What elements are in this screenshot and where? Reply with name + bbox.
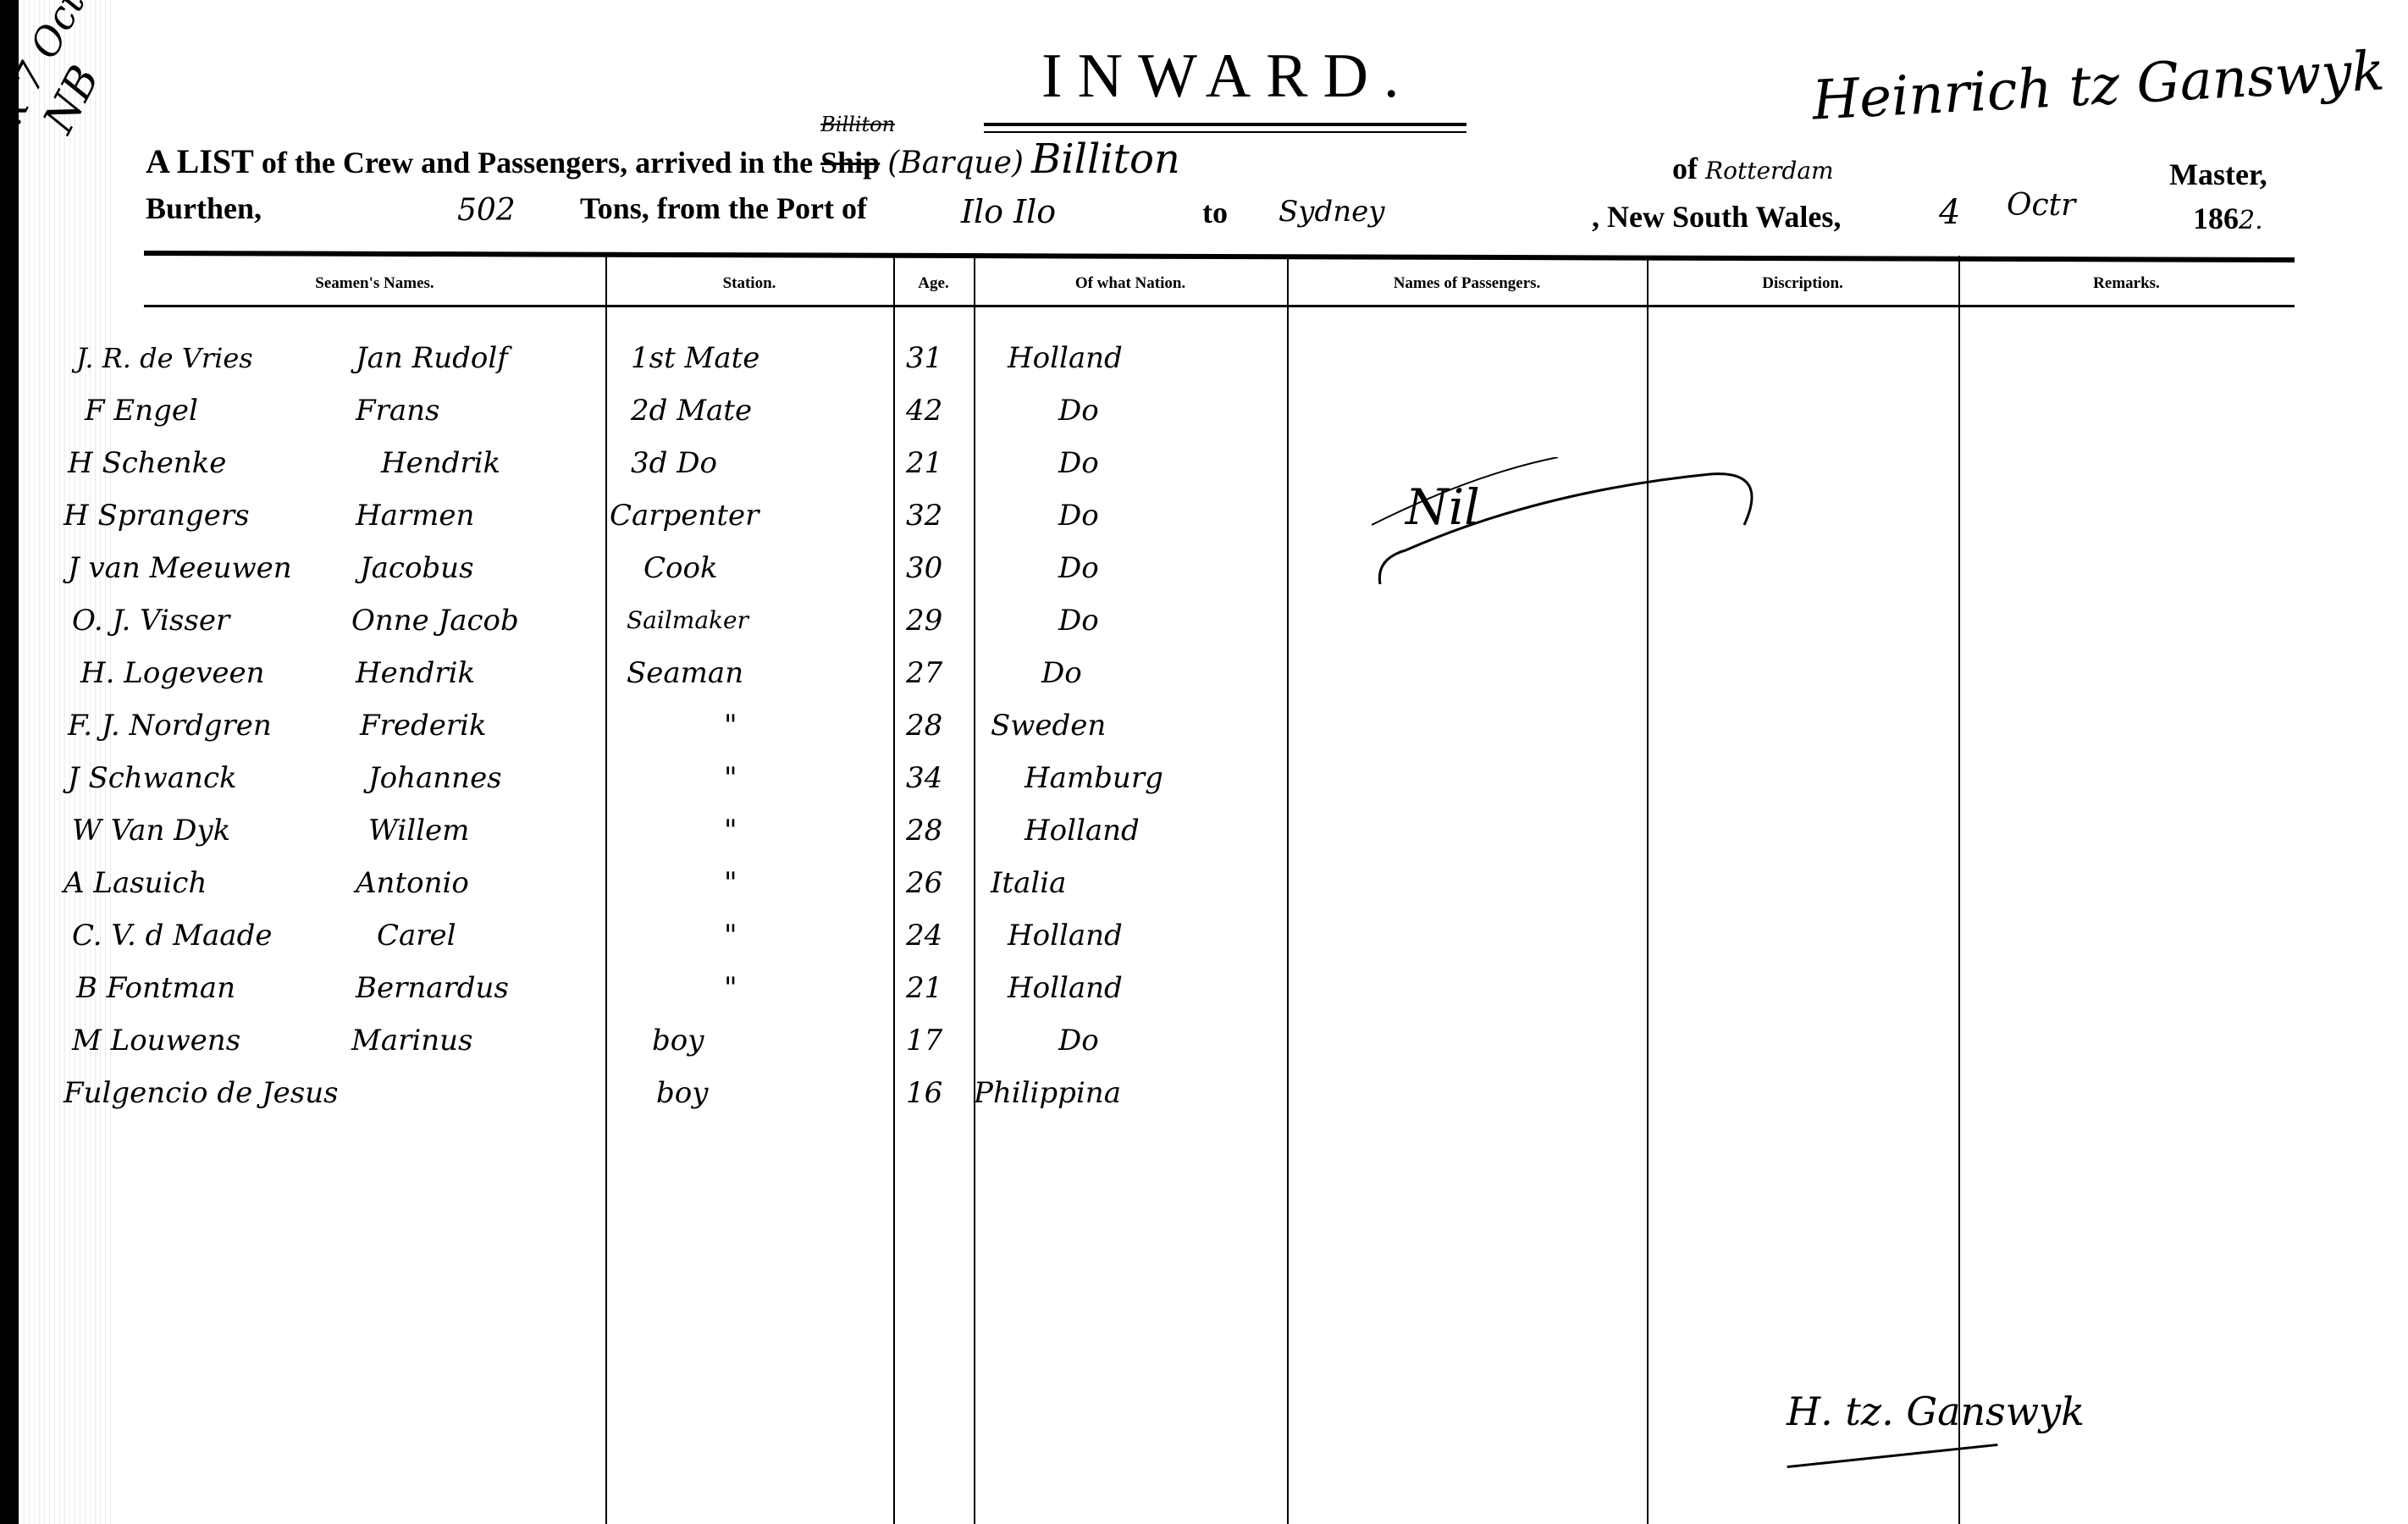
- seaman-nation: Holland: [1008, 962, 1123, 1014]
- seaman-surname: O. J. Visser: [72, 594, 229, 647]
- seaman-age: 28: [906, 699, 942, 752]
- table-row: W Van Dyk Willem " 28 Holland: [144, 804, 2295, 857]
- table-row: B Fontman Bernardus " 21 Holland: [144, 962, 2295, 1014]
- header-age: Age.: [893, 262, 974, 305]
- seaman-age: 30: [906, 542, 942, 594]
- home-port: Rotterdam: [1705, 157, 1834, 185]
- seaman-station: Carpenter: [610, 489, 759, 542]
- seaman-given-name: Hendrik: [356, 647, 475, 699]
- table-row: O. J. Visser Onne Jacob Sailmaker 29 Do: [144, 594, 2295, 647]
- year-written: 2.: [2239, 206, 2263, 235]
- seaman-given-name: Jacobus: [360, 542, 474, 594]
- table-row: A Lasuich Antonio " 26 Italia: [144, 857, 2295, 909]
- seaman-age: 16: [906, 1067, 942, 1119]
- seaman-station: boy: [656, 1067, 708, 1119]
- seaman-age: 32: [906, 489, 942, 542]
- to-port: Sydney: [1279, 195, 1385, 229]
- header-passengers: Names of Passengers.: [1287, 262, 1647, 305]
- of-label: of: [1672, 152, 1698, 185]
- seaman-surname: C. V. d Maade: [72, 909, 272, 962]
- crew-table: Seamen's Names. Station. Age. Of what Na…: [144, 256, 2295, 1524]
- seaman-nation: Do: [1058, 437, 1099, 489]
- seaman-nation: Holland: [1025, 804, 1140, 857]
- table-row: H Sprangers Harmen Carpenter 32 Do: [144, 489, 2295, 542]
- ship-struck: Ship: [820, 146, 880, 179]
- seaman-nation: Sweden: [991, 699, 1106, 752]
- title-underline: [984, 123, 1466, 133]
- seaman-given-name: Antonio: [356, 857, 469, 909]
- list-prefix: A LIST: [146, 142, 254, 180]
- header-bottom-rule: [144, 305, 2295, 307]
- seaman-given-name: Carel: [377, 909, 456, 962]
- seaman-age: 26: [906, 857, 942, 909]
- header-nation: Of what Nation.: [974, 262, 1287, 305]
- nsw-text: , New South Wales,: [1592, 199, 1841, 235]
- seaman-station: boy: [652, 1014, 704, 1067]
- seaman-station: 1st Mate: [631, 332, 759, 384]
- table-row: H Schenke Hendrik 3d Do 21 Do: [144, 437, 2295, 489]
- seaman-nation: Do: [1058, 384, 1099, 437]
- seaman-nation: Hamburg: [1025, 752, 1163, 804]
- seaman-nation: Italia: [991, 857, 1066, 909]
- seaman-surname: J Schwanck: [68, 752, 237, 804]
- seaman-station: ": [724, 962, 737, 1014]
- master-label: Master,: [2169, 157, 2267, 192]
- seaman-surname: F. J. Nordgren: [68, 699, 272, 752]
- vessel-type: (Barque): [887, 146, 1024, 180]
- seaman-given-name: Frederik: [360, 699, 487, 752]
- seaman-given-name: Jan Rudolf: [356, 332, 508, 384]
- tons-text: Tons, from the Port of: [580, 190, 867, 226]
- seaman-nation: Holland: [1008, 909, 1123, 962]
- seaman-surname: H Schenke: [68, 437, 226, 489]
- seaman-age: 21: [906, 437, 942, 489]
- footer-signature: H. tz. Ganswyk: [1787, 1389, 2085, 1434]
- seaman-given-name: Harmen: [356, 489, 474, 542]
- seaman-given-name: Frans: [356, 384, 439, 437]
- seaman-nation: Holland: [1008, 332, 1123, 384]
- burthen-label: Burthen,: [146, 190, 262, 226]
- table-row: Fulgencio de Jesus boy 16 Philippina: [144, 1067, 2295, 1119]
- seaman-station: ": [724, 804, 737, 857]
- seaman-given-name: Johannes: [368, 752, 502, 804]
- ship-field: Ship Billiton: [820, 145, 880, 180]
- seaman-age: 31: [906, 332, 942, 384]
- seaman-given-name: Marinus: [351, 1014, 472, 1067]
- seaman-station: ": [724, 857, 737, 909]
- passengers-nil: Nil: [1406, 478, 1480, 536]
- seaman-nation: Do: [1041, 647, 1082, 699]
- burthen-value: 502: [457, 193, 516, 228]
- table-row: J. R. de Vries Jan Rudolf 1st Mate 31 Ho…: [144, 332, 2295, 384]
- seaman-station: ": [724, 752, 737, 804]
- seaman-station: Sailmaker: [627, 594, 748, 647]
- seaman-age: 21: [906, 962, 942, 1014]
- vessel-name: Billiton: [1031, 135, 1180, 183]
- to-label: to: [1202, 195, 1228, 230]
- seaman-surname: H. Logeveen: [80, 647, 265, 699]
- seaman-surname: J van Meeuwen: [68, 542, 292, 594]
- seaman-surname: H Sprangers: [64, 489, 250, 542]
- seaman-station: 2d Mate: [631, 384, 752, 437]
- list-text: of the Crew and Passengers, arrived in t…: [262, 146, 813, 179]
- seaman-surname: A Lasuich: [64, 857, 207, 909]
- seaman-age: 28: [906, 804, 942, 857]
- seaman-station: Cook: [643, 542, 718, 594]
- seaman-given-name: Hendrik: [381, 437, 500, 489]
- seaman-given-name: Willem: [368, 804, 469, 857]
- seaman-age: 17: [906, 1014, 942, 1067]
- from-port: Ilo Ilo: [961, 193, 1056, 230]
- seaman-age: 27: [906, 647, 942, 699]
- scan-edge: [0, 0, 19, 1524]
- year-printed: 186: [2193, 202, 2239, 235]
- seaman-surname: B Fontman: [76, 962, 235, 1014]
- seaman-station: 3d Do: [631, 437, 717, 489]
- seaman-station: ": [724, 699, 737, 752]
- header-station: Station.: [605, 262, 893, 305]
- date-day: 4: [1939, 193, 1960, 232]
- table-row: M Louwens Marinus boy 17 Do: [144, 1014, 2295, 1067]
- seaman-nation: Do: [1058, 489, 1099, 542]
- table-row: H. Logeveen Hendrik Seaman 27 Do: [144, 647, 2295, 699]
- seaman-surname: J. R. de Vries: [76, 332, 253, 384]
- seaman-given-name: Bernardus: [356, 962, 509, 1014]
- seaman-age: 24: [906, 909, 942, 962]
- table-row: J van Meeuwen Jacobus Cook 30 Do: [144, 542, 2295, 594]
- seaman-surname: F Engel: [85, 384, 198, 437]
- header-description: Discription.: [1647, 262, 1958, 305]
- seaman-nation: Do: [1058, 594, 1099, 647]
- table-row: J Schwanck Johannes " 34 Hamburg: [144, 752, 2295, 804]
- date-month: Octr: [2007, 188, 2075, 223]
- header-seamen-names: Seamen's Names.: [144, 262, 605, 305]
- heading-line-1: A LIST of the Crew and Passengers, arriv…: [146, 135, 1180, 183]
- master-name: Heinrich tz Ganswyk: [1811, 40, 2387, 132]
- seaman-nation: Do: [1058, 542, 1099, 594]
- seaman-nation: Philippina: [974, 1067, 1121, 1119]
- seaman-age: 29: [906, 594, 942, 647]
- seaman-surname: M Louwens: [72, 1014, 240, 1067]
- seaman-surname: W Van Dyk: [72, 804, 230, 857]
- seaman-station: Seaman: [627, 647, 743, 699]
- seaman-surname: Fulgencio de Jesus: [64, 1067, 339, 1119]
- home-port-field: of Rotterdam: [1672, 151, 1834, 186]
- seaman-station: ": [724, 909, 737, 962]
- seaman-age: 34: [906, 752, 942, 804]
- ship-struck-insert: Billiton: [820, 113, 895, 136]
- header-remarks: Remarks.: [1958, 262, 2295, 305]
- seaman-nation: Do: [1058, 1014, 1099, 1067]
- table-row: F. J. Nordgren Frederik " 28 Sweden: [144, 699, 2295, 752]
- seaman-given-name: Onne Jacob: [351, 594, 519, 647]
- table-row: F Engel Frans 2d Mate 42 Do: [144, 384, 2295, 437]
- seaman-age: 42: [906, 384, 942, 437]
- document-title: INWARD.: [1041, 41, 1414, 113]
- year-field: 1862.: [2193, 201, 2263, 236]
- table-row: C. V. d Maade Carel " 24 Holland: [144, 909, 2295, 962]
